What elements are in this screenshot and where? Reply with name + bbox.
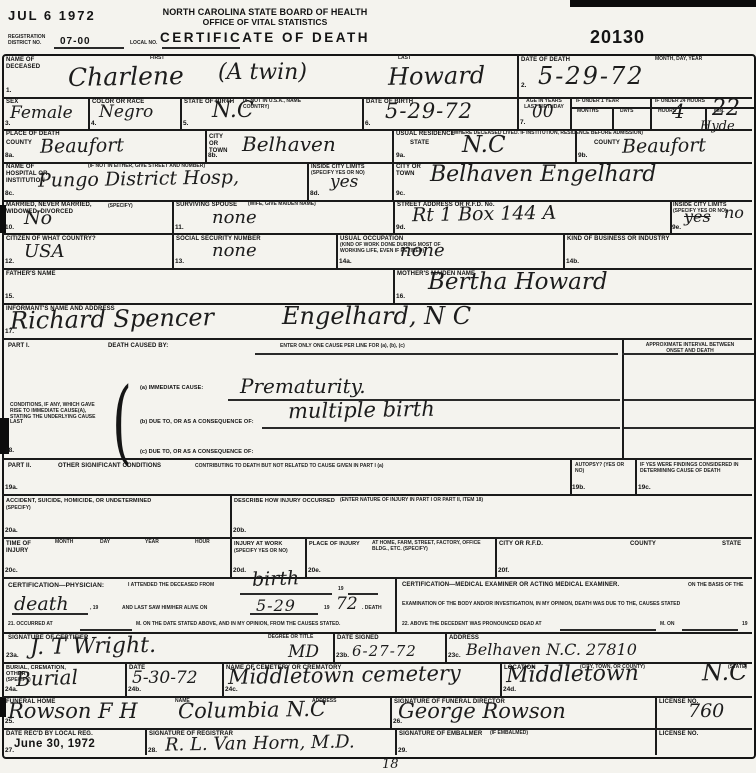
col-line	[333, 632, 335, 662]
item-14a: 14a.	[339, 258, 352, 265]
cause-c-label: (c) DUE TO, OR AS A CONSEQUENCE OF:	[140, 449, 253, 455]
cert-to-value: death	[14, 593, 69, 615]
item-23a: 23a.	[6, 652, 19, 659]
state-of-birth-value: N.C	[212, 98, 254, 123]
col-line	[172, 233, 174, 268]
date-of-death-value: 5-29-72	[538, 62, 645, 90]
death-certificate-scan: JUL 6 1972 NORTH CAROLINA STATE BOARD OF…	[0, 0, 756, 773]
col-line	[392, 162, 394, 200]
col-line	[305, 537, 307, 577]
injury-desc-label: DESCRIBE HOW INJURY OCCURRED	[234, 498, 335, 504]
degree-label: DEGREE OR TITLE	[268, 635, 313, 641]
item-11: 11.	[175, 224, 184, 231]
sex-value: Female	[10, 103, 73, 123]
injury-month-label: MONTH	[55, 540, 73, 546]
cert-yr1: 19	[338, 587, 344, 593]
spouse-sublabel: (WIFE, GIVE MAIDEN NAME)	[248, 202, 316, 208]
injury-day-label: DAY	[100, 540, 110, 546]
spouse-value: none	[212, 207, 257, 228]
cert-from-line	[240, 593, 332, 595]
date-signed-value: 6-27-72	[352, 642, 417, 660]
col-line	[655, 728, 657, 755]
race-value: Negro	[99, 102, 153, 122]
col-line	[563, 233, 565, 268]
cert-line21-blank	[80, 629, 132, 631]
informant-name: Richard Spencer	[10, 303, 214, 335]
interval-line-b	[624, 427, 754, 429]
pod-city-value: Belhaven	[242, 132, 336, 156]
accident-sublabel: (SPECIFY)	[6, 506, 31, 512]
office-name: OFFICE OF VITAL STATISTICS	[90, 18, 440, 28]
embalmer-sublabel: (IF EMBALMED)	[490, 731, 528, 737]
row-line	[2, 268, 752, 270]
age-value: 00	[532, 102, 554, 123]
item-10: 10.	[5, 224, 14, 231]
item-8b: 8b.	[208, 152, 217, 159]
col-line	[393, 268, 395, 303]
embalmer-license-label: LICENSE NO.	[659, 731, 698, 738]
injury-place-sublabel: AT HOME, FARM, STREET, FACTORY, OFFICE B…	[372, 541, 482, 553]
cert-address-value: Belhaven N.C. 27810	[466, 640, 637, 659]
date-received-value: June 30, 1972	[14, 738, 95, 750]
deceased-last-name: Howard	[388, 61, 486, 91]
item-2: 2.	[521, 82, 526, 89]
col-line	[395, 577, 397, 632]
item-19c: 19c.	[638, 484, 651, 491]
cert-to-line	[12, 613, 88, 615]
cert-physician-label: CERTIFICATION—PHYSICIAN:	[8, 582, 104, 589]
certificate-number: 20130	[590, 27, 645, 48]
item-9e: 9e.	[672, 224, 681, 231]
informant-address: Engelhard, N C	[282, 302, 471, 330]
res-state-label: STATE	[410, 140, 429, 147]
burial-date-value: 5-30-72	[132, 668, 198, 688]
col-line	[612, 107, 614, 129]
deceased-first-name: Charlene	[68, 61, 184, 92]
cert-line22b: M. ON	[660, 622, 674, 628]
item-28: 28.	[148, 747, 157, 754]
part1-note: ENTER ONLY ONE CAUSE PER LINE FOR (a), (…	[280, 344, 405, 350]
injury-place-label: PLACE OF INJURY	[309, 541, 360, 547]
footer-mark: 18	[382, 757, 399, 772]
cert-year-value: 72	[336, 594, 358, 614]
cemetery-value: Middletown cemetery	[228, 661, 461, 689]
item-12: 12.	[5, 258, 14, 265]
row-line	[2, 696, 752, 698]
part1-label2: DEATH CAUSED BY:	[108, 343, 168, 350]
cert-line22-blank2	[682, 629, 738, 631]
res-county-value: Beaufort	[622, 134, 706, 157]
cert-line22c: 19	[742, 622, 748, 628]
row-line	[2, 233, 752, 235]
injury-year-label: YEAR	[145, 540, 159, 546]
col-line	[517, 97, 519, 129]
injury-state-label: STATE	[722, 541, 741, 548]
injury-desc-sublabel: (ENTER NATURE OF INJURY IN PART I OR PAR…	[340, 498, 483, 504]
item-18: 18.	[5, 447, 14, 454]
pod-county-value: Beaufort	[40, 134, 124, 157]
col-line	[517, 54, 519, 97]
cert-line21b: M. ON THE DATE STATED ABOVE, AND IN MY O…	[136, 622, 340, 628]
col-line	[392, 129, 394, 162]
col-line	[205, 129, 207, 162]
row-line	[2, 577, 752, 579]
col-line	[500, 662, 502, 696]
col-line	[88, 97, 90, 129]
item-20e: 20e.	[308, 567, 321, 574]
cause-b-line	[262, 427, 620, 429]
local-no-label: LOCAL NO.	[130, 41, 157, 47]
months-label: MONTHS	[577, 109, 599, 115]
conditions-brace: (	[112, 368, 132, 475]
cert-examiner-basis: ON THE BASIS OF THE	[688, 583, 743, 589]
cert-examiner-body: EXAMINATION OF THE BODY AND/OR INVESTIGA…	[402, 602, 750, 608]
item-15: 15.	[5, 293, 14, 300]
pod-icl-value: yes	[330, 172, 358, 192]
pod-county-label: COUNTY	[6, 140, 32, 147]
item-8c: 8c.	[5, 190, 14, 197]
cert-examiner-label: CERTIFICATION—MEDICAL EXAMINER OR ACTING…	[402, 582, 619, 589]
item-5: 5.	[183, 120, 188, 127]
item-8a: 8a.	[5, 152, 14, 159]
item-19b: 19b.	[572, 484, 585, 491]
row-line	[2, 494, 752, 496]
col-line	[635, 458, 637, 494]
col-line	[650, 97, 652, 129]
embalmer-label: SIGNATURE OF EMBALMER	[399, 731, 482, 738]
col-line	[655, 696, 657, 728]
item-7: 7.	[520, 119, 525, 126]
part2-label: PART II.	[8, 463, 31, 470]
item-1: 1.	[6, 87, 11, 94]
cert-death-word: . DEATH	[362, 606, 382, 612]
res-icl-value: no	[724, 203, 744, 222]
col-line	[390, 696, 392, 728]
min-value: 22	[712, 96, 740, 121]
registration-underline	[54, 47, 124, 49]
row-line	[2, 537, 752, 539]
row-line	[2, 338, 752, 340]
findings-label: IF YES WERE FINDINGS CONSIDERED IN DETER…	[640, 463, 748, 475]
item-6: 6.	[365, 120, 370, 127]
funeral-home-name: Rowson F H	[8, 699, 138, 723]
received-date-stamp: JUL 6 1972	[8, 8, 96, 23]
date-received-label: DATE REC'D BY LOCAL REG.	[6, 731, 93, 738]
board-name: NORTH CAROLINA STATE BOARD OF HEALTH	[90, 7, 440, 17]
part1-label: PART I.	[8, 343, 30, 350]
cert-line22-blank1	[560, 629, 656, 631]
business-label: KIND OF BUSINESS OR INDUSTRY	[567, 236, 670, 243]
item-19a: 19a.	[5, 484, 18, 491]
marital-sublabel: (SPECIFY)	[108, 204, 133, 210]
item-9b: 9b.	[578, 152, 587, 159]
date-of-birth-value: 5-29-72	[385, 99, 473, 123]
col-line	[230, 494, 232, 537]
item-14b: 14b.	[566, 258, 579, 265]
part2-sublabel: CONTRIBUTING TO DEATH BUT NOT RELATED TO…	[195, 464, 383, 470]
col-line	[570, 97, 572, 129]
director-signature: George Rowson	[398, 699, 566, 723]
local-no-underline	[162, 47, 240, 49]
part1-note-line	[255, 353, 618, 355]
funeral-home-address: Columbia N.C	[178, 697, 326, 724]
item-20a: 20a.	[5, 527, 18, 534]
cert-last-saw: AND LAST SAW HIM/HER ALIVE ON	[122, 606, 207, 612]
res-city-value: Belhaven Engelhard	[430, 162, 656, 187]
item-29: 29.	[398, 747, 407, 754]
item-23c: 23c.	[448, 652, 461, 659]
interval-line-a2	[624, 399, 754, 401]
marital-value: No	[24, 207, 52, 229]
father-label: FATHER'S NAME	[6, 271, 56, 278]
ssn-value: none	[212, 240, 257, 261]
registrar-signature: R. L. Van Horn, M.D.	[165, 731, 355, 755]
col-line	[230, 537, 232, 577]
registration-district-no: 07-00	[60, 36, 91, 47]
cert-yr3: 19	[324, 606, 330, 612]
occupation-value: none	[400, 240, 445, 261]
degree-value: MD	[288, 642, 319, 662]
marital-label: MARRIED, NEVER MARRIED, WIDOWED, DIVORCE…	[6, 202, 101, 216]
item-20f: 20f.	[498, 567, 509, 574]
res-icl-struck-value: yes	[684, 207, 711, 226]
cert-line21: 21. OCCURRED AT	[8, 622, 53, 628]
hours-value: 4	[672, 99, 685, 123]
cause-a-value: Prematurity.	[240, 374, 366, 398]
cert-date-line	[250, 613, 318, 615]
interval-col-line	[622, 338, 624, 458]
res-state-value: N.C	[462, 132, 506, 158]
cause-b-value: multiple birth	[288, 397, 435, 424]
col-line	[445, 632, 447, 662]
col-line	[495, 537, 497, 577]
row-line	[2, 200, 752, 202]
cert-line22: 22. ABOVE THE DECEDENT WAS PRONOUNCED DE…	[402, 622, 542, 628]
registration-district-label: REGISTRATION DISTRICT NO.	[8, 35, 52, 47]
autopsy-label: AUTOPSY? (YES OR NO)	[575, 463, 627, 475]
cause-a-label: (a) IMMEDIATE CAUSE:	[140, 385, 203, 391]
citizen-value: USA	[24, 241, 65, 262]
col-line	[180, 97, 182, 129]
scan-edge-bar	[570, 0, 756, 7]
mother-value: Bertha Howard	[428, 269, 608, 295]
residence-label: USUAL RESIDENCE	[396, 131, 455, 138]
col-line	[393, 200, 395, 233]
conditions-label: CONDITIONS, IF ANY, WHICH GAVE RISE TO I…	[10, 403, 102, 426]
injury-city-label: CITY OR R.F.D.	[499, 541, 543, 548]
col-line	[362, 97, 364, 129]
row-line	[2, 728, 752, 730]
col-line	[222, 662, 224, 696]
cemetery-loc-state: N.C	[702, 658, 748, 687]
under-1yr-label: IF UNDER 1 YEAR	[576, 99, 619, 105]
col-line	[307, 162, 309, 200]
item-23b: 23b.	[336, 652, 349, 659]
col-line	[125, 662, 127, 696]
injury-time-label: TIME OF INJURY	[6, 541, 38, 555]
accident-label: ACCIDENT, SUICIDE, HOMICIDE, OR UNDETERM…	[6, 498, 151, 504]
col-line	[336, 233, 338, 268]
certifier-signature: J. T Wright.	[30, 633, 156, 660]
director-license-value: 760	[688, 700, 724, 722]
deceased-middle-note: (A twin)	[218, 60, 307, 85]
interval-line-a	[622, 353, 754, 355]
col-line	[395, 728, 397, 755]
item-8d: 8d.	[310, 190, 319, 197]
cert-from-value: birth	[252, 567, 300, 591]
date-signed-label: DATE SIGNED	[337, 635, 379, 642]
injury-county-label: COUNTY	[630, 541, 656, 548]
item-16: 16.	[396, 293, 405, 300]
cert-attended-label: I ATTENDED THE DECEASED FROM	[128, 583, 214, 589]
item-9c: 9c.	[396, 190, 405, 197]
res-county-label: COUNTY	[594, 140, 620, 147]
item-9d: 9d.	[396, 224, 405, 231]
item-20b: 20b.	[233, 527, 246, 534]
item-20d: 20d.	[233, 567, 246, 574]
days-label: DAYS	[620, 109, 633, 115]
street-value: Rt 1 Box 144 A	[412, 202, 557, 227]
cert-yr2: , 19	[90, 606, 98, 612]
col-line	[172, 200, 174, 233]
name-label: NAME OF DECEASED	[6, 57, 51, 71]
name-last-sublabel: LAST	[398, 56, 411, 62]
part2-label2: OTHER SIGNIFICANT CONDITIONS	[58, 463, 161, 470]
injury-hour-label: HOUR	[195, 540, 210, 546]
res-city-label: CITY OR TOWN	[396, 164, 424, 178]
cemetery-loc-value: Middletown	[506, 661, 639, 688]
date-of-death-sublabel: MONTH, DAY, YEAR	[655, 57, 702, 63]
hospital-value: Pungo District Hosp,	[38, 166, 239, 192]
burial-value: Burial	[16, 665, 79, 691]
item-27: 27.	[5, 747, 14, 754]
res-county-annotation: Hyde	[700, 119, 735, 134]
item-4: 4.	[91, 120, 96, 127]
injury-work-sublabel: (SPECIFY YES OR NO)	[234, 549, 288, 555]
col-line	[145, 728, 147, 755]
item-13: 13.	[175, 258, 184, 265]
item-20c: 20c.	[5, 567, 18, 574]
item-9a: 9a.	[396, 152, 405, 159]
cause-b-label: (b) DUE TO, OR AS A CONSEQUENCE OF:	[140, 419, 254, 425]
injury-work-label: INJURY AT WORK	[234, 541, 286, 547]
